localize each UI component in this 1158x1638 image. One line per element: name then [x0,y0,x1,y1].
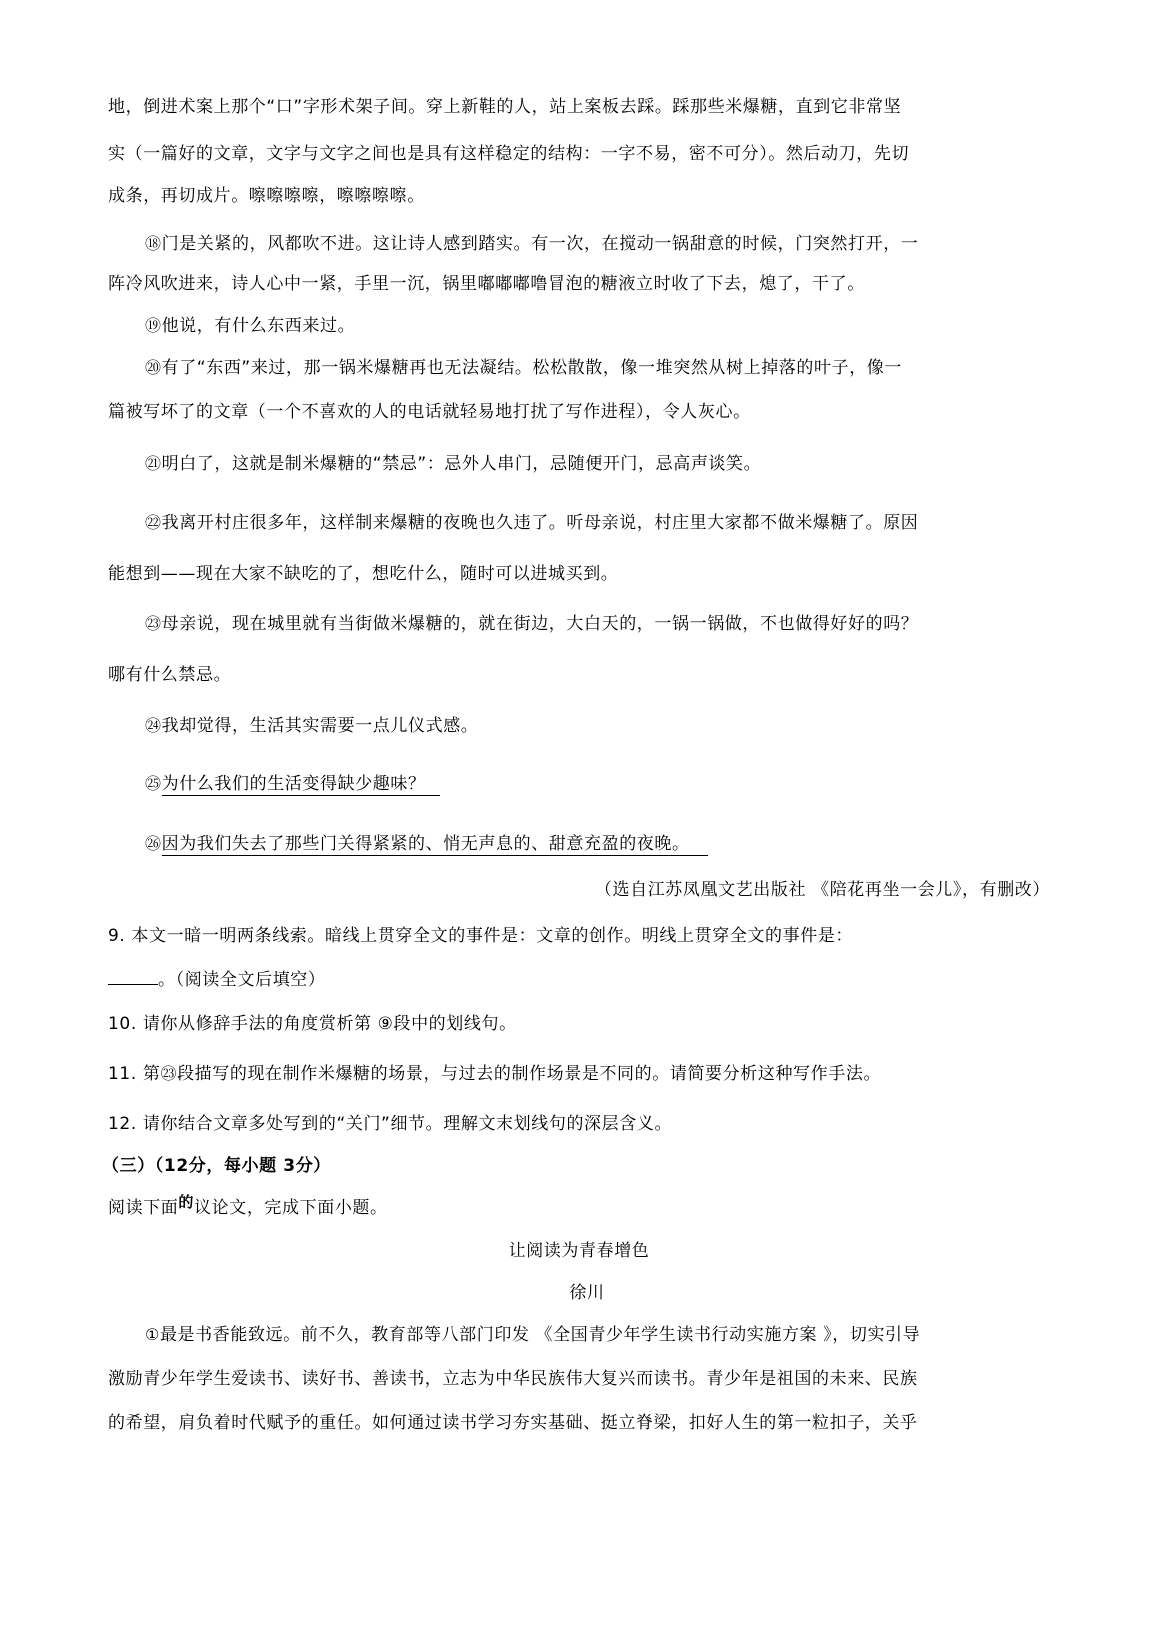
question-9-line-2: 。（阅读全文后填空） [108,968,326,991]
article-title: 让阅读为青春增色 [0,1240,1158,1262]
paragraph-17-line-2: 实（一篇好的文章，文字与文字之间也是具有这样稳定的结构：一字不易，密不可分）。然… [108,143,909,165]
paragraph-22-line-1: ㉒我离开村庄很多年，这样制来爆糖的夜晚也久违了。听母亲说，村庄里大家都不做米爆糖… [145,512,918,534]
paragraph-26: ㉖因为我们失去了那些门关得紧紧的、悄无声息的、甜意充盈的夜晚。 [145,833,708,855]
paragraph-number: ㉑ [145,454,162,473]
paragraph-number: ⑳ [145,358,162,377]
section-3-instruction: 阅读下面的议论文，完成下面小题。 [108,1197,388,1219]
question-12: 12. 请你结合文章多处写到的“关门”细节。理解文末划线句的深层含义。 [108,1113,672,1135]
paragraph-number: ㉓ [145,614,162,633]
paragraph-24: ㉔我却觉得，生活其实需要一点儿仪式感。 [145,715,478,737]
paragraph-reference: ㉓ [160,1064,177,1083]
paragraph-number: ㉕ [145,774,162,793]
underlined-sentence: 因为我们失去了那些门关得紧紧的、悄无声息的、甜意充盈的夜晚。 [162,834,708,856]
article-author: 徐川 [0,1282,1158,1304]
question-9-line-1: 9. 本文一暗一明两条线索。暗线上贯穿全文的事件是：文章的创作。明线上贯穿全文的… [108,925,853,947]
section-3-heading: （三）（12分，每小题 3分） [102,1155,331,1177]
paragraph-25: ㉕为什么我们的生活变得缺少趣味？ [145,773,440,795]
paragraph-number: ㉖ [145,834,162,853]
paragraph-22-line-2: 能想到——现在大家不缺吃的了，想吃什么，随时可以进城买到。 [108,563,618,585]
article-paragraph-1-line-1: ①最是书香能致远。前不久，教育部等八部门印发 《全国青少年学生读书行动实施方案 … [145,1324,920,1346]
question-11: 11. 第㉓段描写的现在制作米爆糖的场景，与过去的制作场景是不同的。请简要分析这… [108,1063,881,1085]
paragraph-20-line-2: 篇被写坏了的文章（一个不喜欢的人的电话就轻易地打扰了写作进程），令人灰心。 [108,401,751,423]
paragraph-18-line-1: ⑱门是关紧的，风都吹不进。这让诗人感到踏实。有一次，在搅动一锅甜意的时候，门突然… [145,233,918,255]
answer-blank[interactable] [108,968,158,985]
paragraph-23-line-1: ㉓母亲说，现在城里就有当街做米爆糖的，就在街边，大白天的，一锅一锅做，不也做得好… [145,613,918,635]
paragraph-number: ⑲ [145,316,162,335]
article-paragraph-1-line-3: 的希望，肩负着时代赋予的重任。如何通过读书学习夯实基础、挺立脊梁，扣好人生的第一… [108,1412,918,1434]
paragraph-number: ㉒ [145,513,162,532]
paragraph-17-line-3: 成条，再切成片。嚓嚓嚓嚓，嚓嚓嚓嚓。 [108,185,425,207]
paragraph-18-line-2: 阵冷风吹进来，诗人心中一紧，手里一沉，锅里嘟嘟嘟噜冒泡的糖液立时收了下去，熄了，… [108,273,865,295]
source-citation: （选自江苏凤凰文艺出版社 《陪花再坐一会儿》，有删改） [595,879,1050,901]
paragraph-23-line-2: 哪有什么禁忌。 [108,664,231,686]
paragraph-19: ⑲他说，有什么东西来过。 [145,315,355,337]
paragraph-21: ㉑明白了，这就是制米爆糖的“禁忌”：忌外人串门，忌随便开门，忌高声谈笑。 [145,453,761,475]
underlined-sentence: 为什么我们的生活变得缺少趣味？ [162,774,440,796]
question-10: 10. 请你从修辞手法的角度赏析第 ⑨段中的划线句。 [108,1013,517,1035]
paragraph-number: ① [145,1325,160,1344]
article-paragraph-1-line-2: 激励青少年学生爱读书、读好书、善读书，立志为中华民族伟大复兴而读书。青少年是祖国… [108,1368,918,1390]
paragraph-17-line-1: 地，倒进术案上那个“口”字形术架子间。穿上新鞋的人，站上案板去踩。踩那些米爆糖，… [108,96,901,118]
paragraph-number: ⑱ [145,234,162,253]
paragraph-number: ㉔ [145,716,162,735]
paragraph-20-line-1: ⑳有了“东西”来过，那一锅米爆糖再也无法凝结。松松散散，像一堆突然从树上掉落的叶… [145,357,902,379]
